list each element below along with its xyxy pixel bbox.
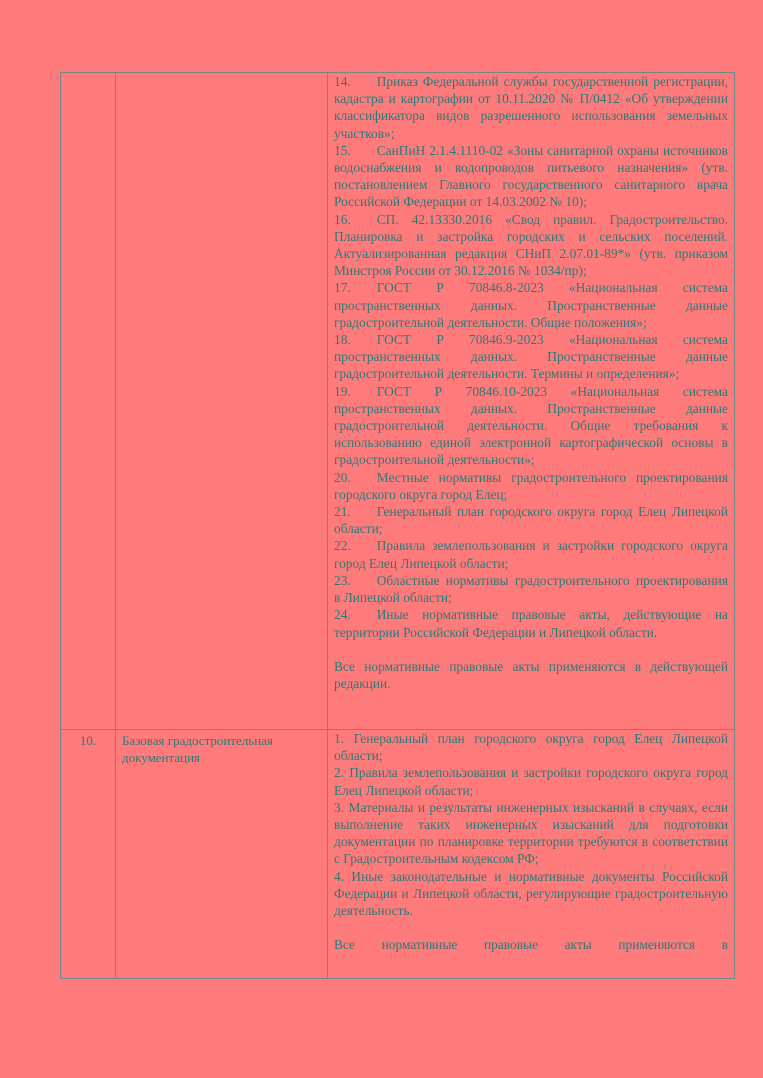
edition-note: Все нормативные правовые акты применяютс… (334, 658, 728, 692)
list-item: 19.ГОСТ Р 70846.10-2023 «Национальная си… (334, 383, 728, 469)
item-text: ГОСТ Р 70846.10-2023 «Национальная систе… (334, 384, 728, 468)
item-text: Правила землепользования и застройки гор… (334, 538, 728, 570)
list-item: 17.ГОСТ Р 70846.8-2023 «Национальная сис… (334, 279, 728, 331)
row-number-cell (61, 73, 116, 730)
base-documentation-list: 1. Генеральный план городского округа го… (334, 730, 728, 919)
list-item: 24.Иные нормативные правовые акты, дейст… (334, 606, 728, 640)
list-item: 22.Правила землепользования и застройки … (334, 537, 728, 571)
list-item: 23.Областные нормативы градостроительног… (334, 572, 728, 606)
item-text: Материалы и результаты инженерных изыска… (334, 800, 728, 867)
list-item: 18.ГОСТ Р 70846.9-2023 «Национальная сис… (334, 331, 728, 383)
item-text: ГОСТ Р 70846.9-2023 «Национальная систем… (334, 332, 728, 381)
item-number: 20. (334, 469, 351, 486)
requirements-table: 14.Приказ Федеральной службы государстве… (60, 72, 735, 979)
item-number: 3. (334, 799, 344, 816)
spacer (334, 641, 728, 658)
list-item: 1. Генеральный план городского округа го… (334, 730, 728, 764)
item-number: 2. (334, 764, 344, 781)
list-item: 21.Генеральный план городского округа го… (334, 503, 728, 537)
item-number: 22. (334, 537, 351, 554)
table-row: 10. Базовая градостроительная документац… (61, 730, 735, 979)
item-number: 17. (334, 279, 351, 296)
item-text: Областные нормативы градостроительного п… (334, 573, 728, 605)
item-text: ГОСТ Р 70846.8-2023 «Национальная систем… (334, 280, 728, 329)
item-text: Генеральный план городского округа город… (334, 504, 728, 536)
list-item: 20.Местные нормативы градостроительного … (334, 469, 728, 503)
item-number: 15. (334, 142, 351, 159)
item-text: СанПиН 2.1.4.1110-02 «Зоны санитарной ох… (334, 143, 728, 210)
item-number: 1. (334, 730, 344, 747)
item-text: Генеральный план городского округа город… (334, 731, 728, 763)
table-row: 14.Приказ Федеральной службы государстве… (61, 73, 735, 730)
row-name-cell (116, 73, 328, 730)
list-item: 4. Иные законодательные и нормативные до… (334, 868, 728, 920)
item-text: Приказ Федеральной службы государственно… (334, 74, 728, 141)
list-item: 3. Материалы и результаты инженерных изы… (334, 799, 728, 868)
list-item: 16.СП. 42.13330.2016 «Свод правил. Градо… (334, 211, 728, 280)
list-item: 14.Приказ Федеральной службы государстве… (334, 73, 728, 142)
spacer (334, 919, 728, 936)
row-content-cell: 14.Приказ Федеральной службы государстве… (328, 73, 735, 730)
item-number: 24. (334, 606, 351, 623)
item-number: 23. (334, 572, 351, 589)
item-number: 18. (334, 331, 351, 348)
item-number: 21. (334, 503, 351, 520)
item-number: 14. (334, 73, 351, 90)
item-text: Местные нормативы градостроительного про… (334, 470, 728, 502)
row-name-cell: Базовая градостроительная документация (116, 730, 328, 979)
item-text: СП. 42.13330.2016 «Свод правил. Градостр… (334, 212, 728, 279)
item-text: Иные законодательные и нормативные докум… (334, 869, 728, 918)
item-number: 4. (334, 868, 344, 885)
item-number: 19. (334, 383, 351, 400)
edition-note: Все нормативные правовые акты применяютс… (334, 936, 728, 953)
row-content-cell: 1. Генеральный план городского округа го… (328, 730, 735, 979)
regulation-list: 14.Приказ Федеральной службы государстве… (334, 73, 728, 641)
item-text: Правила землепользования и застройки гор… (334, 765, 728, 797)
row-number-cell: 10. (61, 730, 116, 979)
list-item: 2. Правила землепользования и застройки … (334, 764, 728, 798)
item-text: Иные нормативные правовые акты, действую… (334, 607, 728, 639)
list-item: 15.СанПиН 2.1.4.1110-02 «Зоны санитарной… (334, 142, 728, 211)
item-number: 16. (334, 211, 351, 228)
